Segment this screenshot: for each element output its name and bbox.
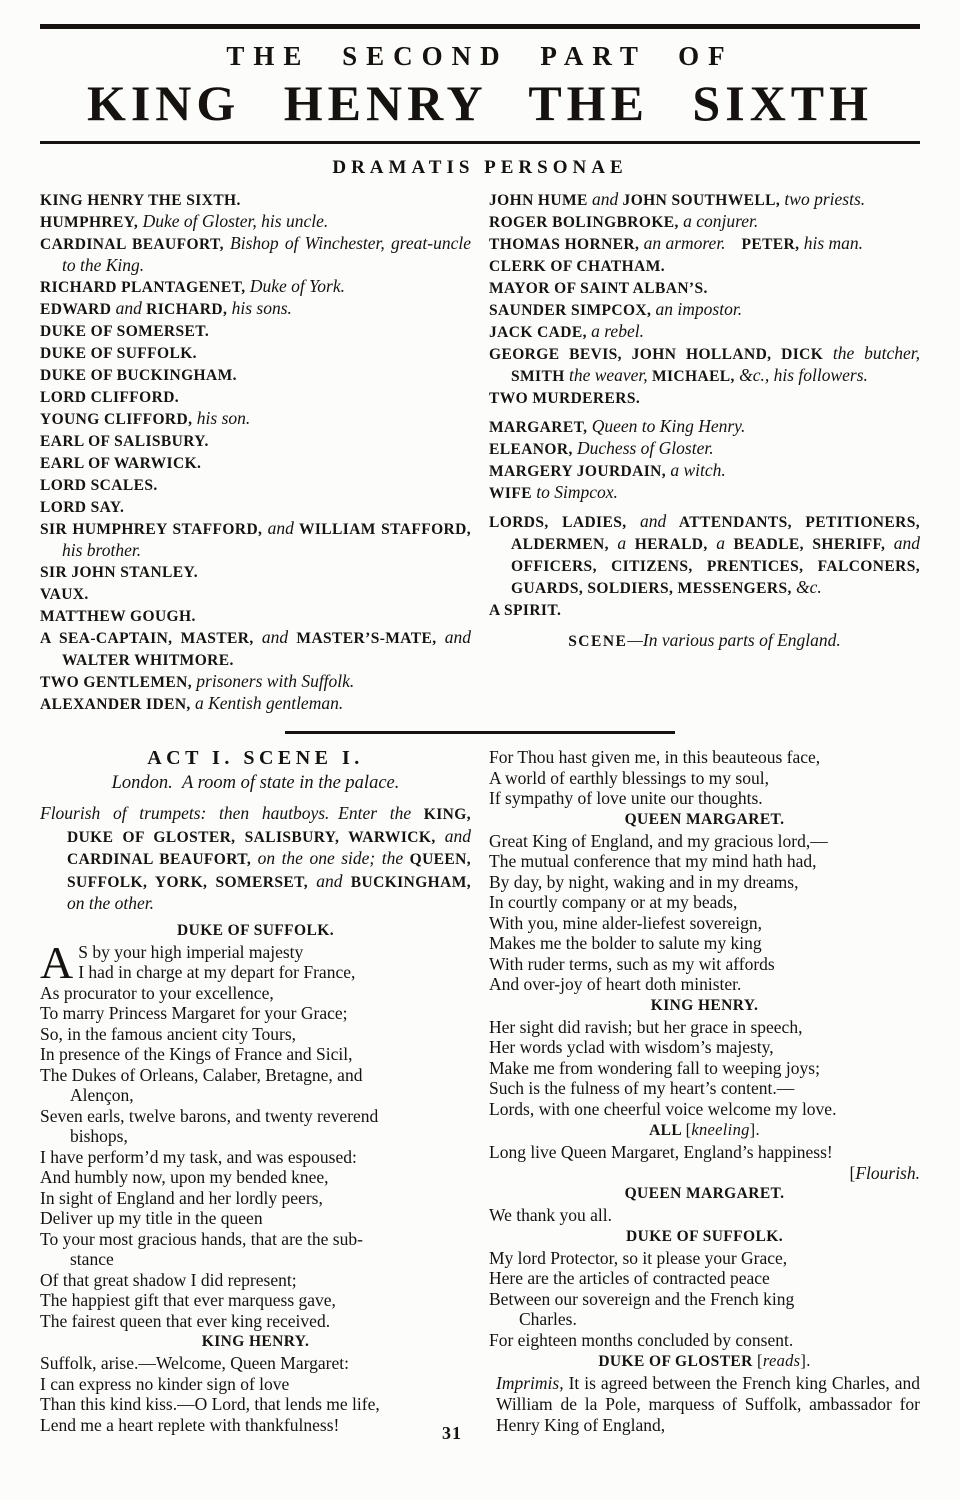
section-divider-rule xyxy=(285,731,675,734)
verse-line: And over-joy of heart doth minister. xyxy=(489,974,920,995)
caps-name-text: SIR JOHN STANLEY. xyxy=(40,564,198,581)
italic-text: &c. xyxy=(796,577,822,597)
cast-entry: ALEXANDER IDEN, a Kentish gentleman. xyxy=(40,693,471,715)
cast-entry: SIR JOHN STANLEY. xyxy=(40,561,471,583)
cast-entry: MARGERY JOURDAIN, a witch. xyxy=(489,460,920,482)
caps-name-text: MARGARET, xyxy=(489,419,592,436)
verse-line: We thank you all. xyxy=(489,1205,920,1226)
caps-name-text: DUKE OF SUFFOLK. xyxy=(177,922,334,939)
verse-line: Her sight did ravish; but her grace in s… xyxy=(489,1017,920,1038)
cast-entry: THOMAS HORNER, an armorer. PETER, his ma… xyxy=(489,233,920,255)
speaker-heading: QUEEN MARGARET. xyxy=(489,1183,920,1205)
caps-name-text: DUKE OF GLOSTER xyxy=(598,1353,757,1370)
verse-line: Her words yclad with wisdom’s majesty, xyxy=(489,1037,920,1058)
italic-text: and xyxy=(262,627,288,647)
italic-text: on the other. xyxy=(67,893,154,913)
speaker-heading: KING HENRY. xyxy=(489,995,920,1017)
cast-entry: RICHARD PLANTAGENET, Duke of York. xyxy=(40,276,471,298)
caps-name-text: ROGER BOLINGBROKE, xyxy=(489,214,683,231)
italic-text: to Simpcox. xyxy=(536,482,618,502)
caps-name-text: EARL OF WARWICK. xyxy=(40,455,201,472)
cast-entry: LORDS, LADIES, and ATTENDANTS, PETITIONE… xyxy=(489,511,920,599)
cast-columns: KING HENRY THE SIXTH.HUMPHREY, Duke of G… xyxy=(40,189,920,715)
caps-name-text: DUKE OF SUFFOLK. xyxy=(40,345,197,362)
series-title: THE SECOND PART OF xyxy=(40,41,920,72)
verse-line-continuation: Alençon, xyxy=(70,1085,471,1106)
italic-text: on the one side; the xyxy=(258,848,410,868)
scene-location: London. A room of state in the palace. xyxy=(40,773,471,794)
play-columns: ACT I. SCENE I. London. A room of state … xyxy=(40,747,920,1436)
italic-text: a rebel. xyxy=(591,321,644,341)
italic-text: reads xyxy=(763,1351,801,1370)
caps-name-text: LORD SAY. xyxy=(40,499,124,516)
caps-name-text: CLERK OF CHATHAM. xyxy=(489,258,665,275)
speaker-heading: DUKE OF SUFFOLK. xyxy=(40,920,471,942)
caps-name-text: CARDINAL BEAUFORT, xyxy=(67,851,258,868)
caps-name-text: BUCKINGHAM, xyxy=(351,874,471,891)
cast-entry: A SEA-CAPTAIN, MASTER, and MASTER’S-MATE… xyxy=(40,627,471,671)
italic-text: a Kentish gentleman. xyxy=(195,693,343,713)
cast-entry: TWO GENTLEMEN, prisoners with Suffolk. xyxy=(40,671,471,693)
cast-entry: KING HENRY THE SIXTH. xyxy=(40,189,471,211)
verse-line: My lord Protector, so it please your Gra… xyxy=(489,1248,920,1269)
verse-line: By day, by night, waking and in my dream… xyxy=(489,872,920,893)
verse-line: Deliver up my title in the queen xyxy=(40,1208,471,1229)
italic-text: and xyxy=(894,533,920,553)
italic-text: a witch. xyxy=(670,460,725,480)
italic-text: and xyxy=(116,298,142,318)
caps-name-text: JACK CADE, xyxy=(489,324,591,341)
caps-name-text: RICHARD PLANTAGENET, xyxy=(40,279,246,296)
caps-name-text: RICHARD, xyxy=(142,301,227,318)
verse-line: In sight of England and her lordly peers… xyxy=(40,1188,471,1209)
italic-text: and xyxy=(445,627,471,647)
italic-text: prisoners with Suffolk. xyxy=(196,671,354,691)
caps-name-text: ALL xyxy=(649,1122,686,1139)
verse-line: The fairest queen that ever king receive… xyxy=(40,1311,471,1332)
cast-entry: DUKE OF SOMERSET. xyxy=(40,320,471,342)
caps-name-text: KING HENRY THE SIXTH. xyxy=(40,192,241,209)
italic-text: a xyxy=(716,533,725,553)
italic-text: Flourish of trumpets: then hautboys. Ent… xyxy=(40,803,424,823)
plain-text: ]. xyxy=(800,1351,810,1370)
cast-entry: JACK CADE, a rebel. xyxy=(489,321,920,343)
italic-text: the butcher, xyxy=(833,343,920,363)
verse-line: In presence of the Kings of France and S… xyxy=(40,1044,471,1065)
caps-name-text: LORDS, LADIES, xyxy=(489,514,640,531)
stage-cue: [Flourish. xyxy=(489,1163,920,1184)
caps-name-text: A SPIRIT. xyxy=(489,602,561,619)
caps-name-text: WALTER WHITMORE. xyxy=(62,652,234,669)
caps-name-text: A SEA-CAPTAIN, MASTER, xyxy=(40,630,262,647)
caps-name-text: WIFE xyxy=(489,485,536,502)
caps-name-text: MASTER’S-MATE, xyxy=(288,630,445,647)
caps-name-text: SMITH xyxy=(511,368,569,385)
caps-name-text: OFFICERS, CITIZENS, PRENTICES, FALCONERS… xyxy=(511,558,920,597)
caps-name-text: EDWARD xyxy=(40,301,116,318)
cast-entry: EDWARD and RICHARD, his sons. xyxy=(40,298,471,320)
cast-entry: LORD CLIFFORD. xyxy=(40,386,471,408)
verse-line: For eighteen months concluded by consent… xyxy=(489,1330,920,1351)
page-number: 31 xyxy=(0,1423,904,1444)
italic-text: and xyxy=(268,518,294,538)
verse-line-continuation: bishops, xyxy=(70,1126,471,1147)
caps-name-text: PETER, xyxy=(726,236,804,253)
book-page: THE SECOND PART OF KING HENRY THE SIXTH … xyxy=(0,0,960,1500)
caps-name-text: DUKE OF SOMERSET. xyxy=(40,323,209,340)
italic-text: an armorer. xyxy=(644,233,726,253)
caps-name-text: ELEANOR, xyxy=(489,441,577,458)
verse-line: So, in the famous ancient city Tours, xyxy=(40,1024,471,1045)
verse-line: The happiest gift that ever marquess gav… xyxy=(40,1290,471,1311)
verse-line: As procurator to your excellence, xyxy=(40,983,471,1004)
caps-name-text: HERALD, xyxy=(626,536,716,553)
caps-name-text: JOHN HUME xyxy=(489,192,592,209)
caps-name-text: KING HENRY. xyxy=(202,1333,310,1350)
drop-cap: A xyxy=(40,942,78,982)
italic-text: Duke of York. xyxy=(246,276,346,296)
verse-line: To marry Princess Margaret for your Grac… xyxy=(40,1003,471,1024)
caps-name-text: JOHN SOUTHWELL, xyxy=(618,192,784,209)
italic-text: &c., his followers. xyxy=(739,365,868,385)
cast-entry: EARL OF SALISBURY. xyxy=(40,430,471,452)
verse-line: With ruder terms, such as my wit affords xyxy=(489,954,920,975)
verse-line: For Thou hast given me, in this beauteou… xyxy=(489,747,920,768)
play-column-right: For Thou hast given me, in this beauteou… xyxy=(489,747,920,1436)
italic-text: and xyxy=(640,511,666,531)
verse-line: Make me from wondering fall to weeping j… xyxy=(489,1058,920,1079)
italic-text: kneeling xyxy=(691,1120,749,1139)
cast-entry: CLERK OF CHATHAM. xyxy=(489,255,920,277)
caps-name-text: LORD SCALES. xyxy=(40,477,158,494)
italic-text: his man. xyxy=(804,233,863,253)
italic-text: two priests. xyxy=(784,189,865,209)
caps-name-text: MARGERY JOURDAIN, xyxy=(489,463,670,480)
speaker-heading: DUKE OF GLOSTER [reads]. xyxy=(489,1350,920,1373)
caps-name-text: QUEEN MARGARET. xyxy=(625,1185,785,1202)
caps-name-text: SCENE xyxy=(568,633,627,650)
caps-name-text: MATTHEW GOUGH. xyxy=(40,608,196,625)
cast-entry: VAUX. xyxy=(40,583,471,605)
verse-line: Than this kind kiss.—O Lord, that lends … xyxy=(40,1394,471,1415)
caps-name-text: ALEXANDER IDEN, xyxy=(40,696,195,713)
verse-line: Of that great shadow I did represent; xyxy=(40,1270,471,1291)
cast-entry: LORD SAY. xyxy=(40,496,471,518)
verse-line: A world of earthly blessings to my soul, xyxy=(489,768,920,789)
caps-name-text: THOMAS HORNER, xyxy=(489,236,644,253)
verse-line: I have perform’d my task, and was espous… xyxy=(40,1147,471,1168)
verse-line: Here are the articles of contracted peac… xyxy=(489,1268,920,1289)
cast-entry: WIFE to Simpcox. xyxy=(489,482,920,504)
caps-name-text: DUKE OF BUCKINGHAM. xyxy=(40,367,237,384)
speaker-heading: KING HENRY. xyxy=(40,1331,471,1353)
cast-entry: GEORGE BEVIS, JOHN HOLLAND, DICK the but… xyxy=(489,343,920,387)
caps-name-text: DUKE OF SUFFOLK. xyxy=(626,1228,783,1245)
caps-name-text: YOUNG CLIFFORD, xyxy=(40,411,192,428)
verse-line: If sympathy of love unite our thoughts. xyxy=(489,788,920,809)
caps-name-text: GEORGE BEVIS, JOHN HOLLAND, DICK xyxy=(489,346,833,363)
caps-name-text: SAUNDER SIMPCOX, xyxy=(489,302,656,319)
verse-line: Makes me the bolder to salute my king xyxy=(489,933,920,954)
verse-line: Great King of England, and my gracious l… xyxy=(489,831,920,852)
italic-text: the weaver, xyxy=(569,365,648,385)
italic-text: and xyxy=(316,871,351,891)
verse-line: With you, mine alder-liefest sovereign, xyxy=(489,913,920,934)
cast-entry: MAYOR OF SAINT ALBAN’S. xyxy=(489,277,920,299)
cast-entry: HUMPHREY, Duke of Gloster, his uncle. xyxy=(40,211,471,233)
cast-entry: CARDINAL BEAUFORT, Bishop of Winchester,… xyxy=(40,233,471,276)
stage-direction: Flourish of trumpets: then hautboys. Ent… xyxy=(40,803,471,915)
italic-text: his sons. xyxy=(227,298,292,318)
cast-column-left: KING HENRY THE SIXTH.HUMPHREY, Duke of G… xyxy=(40,189,471,715)
caps-name-text: LORD CLIFFORD. xyxy=(40,389,179,406)
italic-text: Imprimis, xyxy=(496,1373,564,1393)
caps-name-text: MICHAEL, xyxy=(648,368,739,385)
verse-line: Lords, with one cheerful voice welcome m… xyxy=(489,1099,920,1120)
cast-column-right: JOHN HUME and JOHN SOUTHWELL, two priest… xyxy=(489,189,920,715)
title-rule xyxy=(40,141,920,144)
verse-line-continuation: stance xyxy=(70,1249,471,1270)
plain-text: ]. xyxy=(750,1120,760,1139)
verse-line-continuation: Charles. xyxy=(519,1309,920,1330)
italic-text: Duchess of Gloster. xyxy=(577,438,714,458)
verse-line: Such is the fulness of my heart’s conten… xyxy=(489,1078,920,1099)
verse-line: Seven earls, twelve barons, and twenty r… xyxy=(40,1106,471,1127)
cast-entry: A SPIRIT. xyxy=(489,599,920,621)
cast-entry: SAUNDER SIMPCOX, an impostor. xyxy=(489,299,920,321)
speaker-heading: DUKE OF SUFFOLK. xyxy=(489,1226,920,1248)
italic-text: a xyxy=(617,533,626,553)
cast-entry: DUKE OF BUCKINGHAM. xyxy=(40,364,471,386)
verse-line: In courtly company or at my beads, xyxy=(489,892,920,913)
scene-note: SCENE—In various parts of England. xyxy=(489,630,920,651)
caps-name-text: QUEEN MARGARET. xyxy=(625,811,785,828)
verse-line: And humbly now, upon my bended knee, xyxy=(40,1167,471,1188)
italic-text: his son. xyxy=(192,408,250,428)
verse-line: AS by your high imperial majestyI had in… xyxy=(40,942,471,983)
cast-entry: SIR HUMPHREY STAFFORD, and WILLIAM STAFF… xyxy=(40,518,471,561)
verse-line: To your most gracious hands, that are th… xyxy=(40,1229,471,1250)
verse-line: I can express no kinder sign of love xyxy=(40,1374,471,1395)
caps-name-text: WILLIAM STAFFORD, xyxy=(294,521,471,538)
cast-entry: YOUNG CLIFFORD, his son. xyxy=(40,408,471,430)
caps-name-text: VAUX. xyxy=(40,586,89,603)
cast-entry: MARGARET, Queen to King Henry. xyxy=(489,416,920,438)
cast-entry: DUKE OF SUFFOLK. xyxy=(40,342,471,364)
italic-text: his brother. xyxy=(62,540,141,560)
speaker-heading: QUEEN MARGARET. xyxy=(489,809,920,831)
caps-name-text: TWO MURDERERS. xyxy=(489,390,640,407)
play-column-left: ACT I. SCENE I. London. A room of state … xyxy=(40,747,471,1436)
italic-text: Queen to King Henry. xyxy=(592,416,746,436)
verse-line: The mutual conference that my mind hath … xyxy=(489,851,920,872)
speaker-heading: ALL [kneeling]. xyxy=(489,1119,920,1142)
caps-name-text: MAYOR OF SAINT ALBAN’S. xyxy=(489,280,708,297)
verse-line: Long live Queen Margaret, England’s happ… xyxy=(489,1142,920,1163)
italic-text: Flourish. xyxy=(855,1163,920,1183)
cast-entry: MATTHEW GOUGH. xyxy=(40,605,471,627)
cast-entry: ELEANOR, Duchess of Gloster. xyxy=(489,438,920,460)
caps-name-text: TWO GENTLEMEN, xyxy=(40,674,196,691)
verse-line: Between our sovereign and the French kin… xyxy=(489,1289,920,1310)
italic-text: —In various parts of England. xyxy=(627,630,840,650)
top-rule xyxy=(40,24,920,29)
act-scene-heading: ACT I. SCENE I. xyxy=(40,747,471,770)
dramatis-personae-heading: DRAMATIS PERSONAE xyxy=(40,157,920,179)
italic-text: Duke of Gloster, his uncle. xyxy=(138,211,328,231)
italic-text: and xyxy=(445,826,471,846)
caps-name-text: KING HENRY. xyxy=(651,997,759,1014)
italic-text: a conjurer. xyxy=(683,211,758,231)
cast-entry: ROGER BOLINGBROKE, a conjurer. xyxy=(489,211,920,233)
caps-name-text: SIR HUMPHREY STAFFORD, xyxy=(40,521,268,538)
cast-entry: LORD SCALES. xyxy=(40,474,471,496)
main-title: KING HENRY THE SIXTH xyxy=(40,74,920,132)
cast-entry: JOHN HUME and JOHN SOUTHWELL, two priest… xyxy=(489,189,920,211)
caps-name-text: BEADLE, SHERIFF, xyxy=(725,536,894,553)
caps-name-text: HUMPHREY, xyxy=(40,214,138,231)
italic-text: an impostor. xyxy=(656,299,743,319)
verse-line: The Dukes of Orleans, Calaber, Bretagne,… xyxy=(40,1065,471,1086)
cast-entry: TWO MURDERERS. xyxy=(489,387,920,409)
caps-name-text: CARDINAL BEAUFORT, xyxy=(40,236,224,253)
caps-name-text: EARL OF SALISBURY. xyxy=(40,433,209,450)
cast-entry: EARL OF WARWICK. xyxy=(40,452,471,474)
italic-text: and xyxy=(592,189,618,209)
verse-line: Suffolk, arise.—Welcome, Queen Margaret: xyxy=(40,1353,471,1374)
